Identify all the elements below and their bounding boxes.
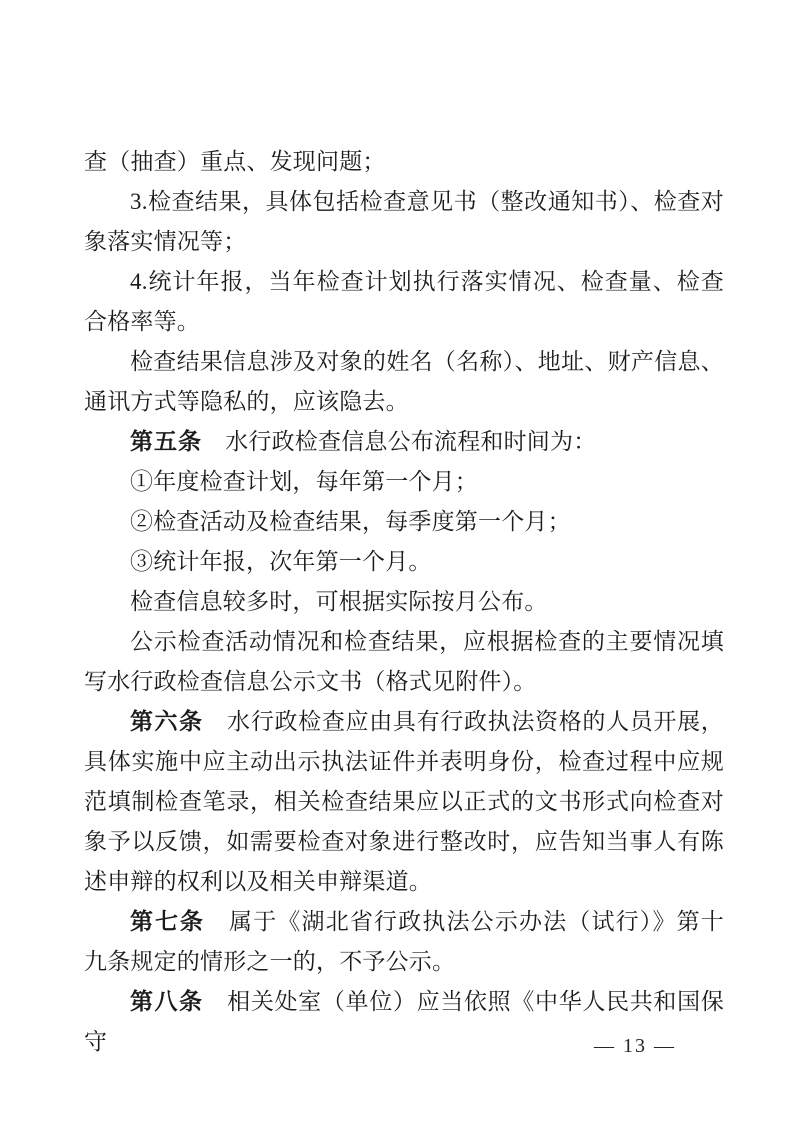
paragraph-privacy-note: 检查结果信息涉及对象的姓名（名称）、地址、财产信息、通讯方式等隐私的，应该隐去。: [84, 342, 724, 422]
paragraph-article-7: 第七条 属于《湖北省行政执法公示办法（试行）》第十九条规定的情形之一的，不予公示…: [84, 902, 724, 982]
paragraph-item-4: 4.统计年报，当年检查计划执行落实情况、检查量、检查合格率等。: [84, 262, 724, 342]
article-number-label: 第六条: [130, 709, 203, 734]
paragraph-monthly-note: 检查信息较多时，可根据实际按月公布。: [84, 582, 724, 622]
paragraph-article-6: 第六条 水行政检查应由具有行政执法资格的人员开展，具体实施中应主动出示执法证件并…: [84, 702, 724, 902]
paragraph-circled-3: ③统计年报，次年第一个月。: [84, 542, 724, 582]
page-number: — 13 —: [594, 1033, 676, 1059]
paragraph-continuation: 查（抽查）重点、发现问题；: [84, 142, 724, 182]
paragraph-item-3: 3.检查结果，具体包括检查意见书（整改通知书）、检查对象落实情况等；: [84, 182, 724, 262]
paragraph-text: 公示检查活动情况和检查结果，应根据检查的主要情况填写水行政检查信息公示文书（格式…: [84, 629, 724, 694]
article-number-label: 第五条: [130, 429, 202, 454]
paragraph-text: ①年度检查计划，每年第一个月；: [130, 469, 478, 494]
paragraph-circled-2: ②检查活动及检查结果，每季度第一个月；: [84, 502, 724, 542]
document-page: 查（抽查）重点、发现问题； 3.检查结果，具体包括检查意见书（整改通知书）、检查…: [0, 0, 800, 1132]
article-number-label: 第七条: [130, 909, 205, 934]
paragraph-text: 查（抽查）重点、发现问题；: [84, 149, 386, 174]
paragraph-text: 水行政检查应由具有行政执法资格的人员开展，具体实施中应主动出示执法证件并表明身份…: [84, 709, 724, 894]
paragraph-circled-1: ①年度检查计划，每年第一个月；: [84, 462, 724, 502]
paragraph-text: ②检查活动及检查结果，每季度第一个月；: [130, 509, 571, 534]
paragraph-text: 检查结果信息涉及对象的姓名（名称）、地址、财产信息、通讯方式等隐私的，应该隐去。: [84, 349, 724, 414]
document-body: 查（抽查）重点、发现问题； 3.检查结果，具体包括检查意见书（整改通知书）、检查…: [84, 142, 724, 1062]
article-number-label: 第八条: [130, 989, 203, 1014]
paragraph-article-5: 第五条 水行政检查信息公布流程和时间为：: [84, 422, 724, 462]
paragraph-text: 检查信息较多时，可根据实际按月公布。: [130, 589, 548, 614]
paragraph-text: 水行政检查信息公布流程和时间为：: [202, 429, 596, 454]
paragraph-publicity-note: 公示检查活动情况和检查结果，应根据检查的主要情况填写水行政检查信息公示文书（格式…: [84, 622, 724, 702]
paragraph-text: 3.检查结果，具体包括检查意见书（整改通知书）、检查对象落实情况等；: [84, 189, 724, 254]
paragraph-text: 4.统计年报，当年检查计划执行落实情况、检查量、检查合格率等。: [84, 269, 724, 334]
paragraph-text: ③统计年报，次年第一个月。: [130, 549, 432, 574]
